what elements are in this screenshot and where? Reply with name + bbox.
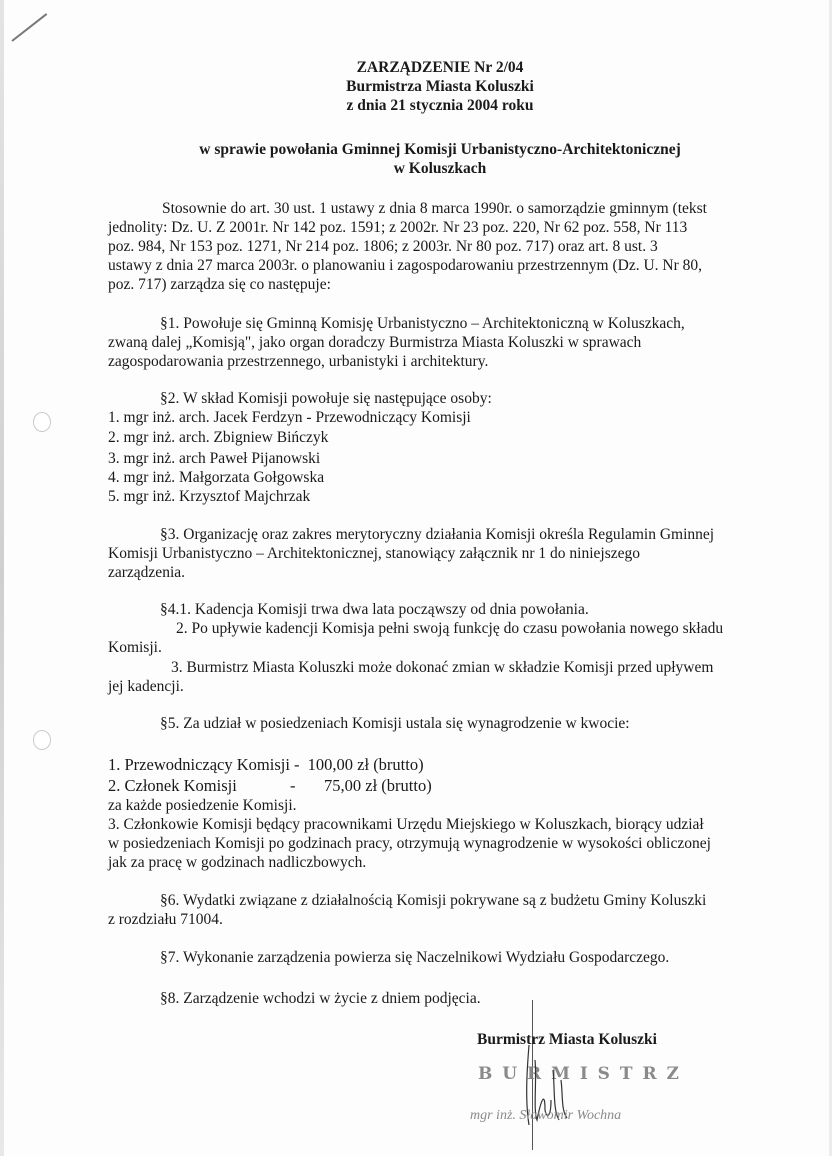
pen-mark: [11, 13, 47, 42]
member-item: 3. mgr inż. arch Paweł Pijanowski: [108, 449, 320, 468]
paragraph-line: §5. Za udział w posiedzeniach Komisji us…: [160, 714, 630, 733]
punch-hole-top: [33, 412, 51, 432]
paragraph-line: §6. Wydatki związane z działalnością Kom…: [160, 891, 706, 910]
stamp-title: B U R M I S T R Z: [478, 1064, 681, 1084]
paragraph-line: §1. Powołuje się Gminną Komisję Urbanist…: [160, 314, 685, 333]
document-issuer: Burmistrza Miasta Koluszki: [0, 77, 832, 96]
paragraph-line: w posiedzeniach Komisji po godzinach pra…: [108, 834, 711, 853]
fee-amount: 100,00 zł (brutto): [308, 755, 424, 774]
paragraph-line: jak za pracę w godzinach nadliczbowych.: [108, 853, 366, 872]
paragraph-line: zarządzenia.: [108, 563, 185, 582]
paragraph-line: z rozdziału 71004.: [108, 910, 223, 929]
paragraph-line: §2. W skład Komisji powołuje się następu…: [160, 389, 492, 408]
preamble-line: Stosownie do art. 30 ust. 1 ustawy z dni…: [162, 199, 707, 218]
fee-label: 1. Przewodniczący Komisji -: [108, 755, 300, 774]
paragraph-line: zwaną dalej „Komisją", jako organ doradc…: [108, 333, 641, 352]
preamble-line: ustawy z dnia 27 marca 2003r. o planowan…: [108, 256, 702, 275]
paragraph-line: §4.1. Kadencja Komisji trwa dwa lata poc…: [160, 600, 589, 619]
paragraph-line: 3. Burmistrz Miasta Koluszki może dokona…: [171, 658, 713, 677]
document-title: ZARZĄDZENIE Nr 2/04: [0, 58, 832, 77]
fee-amount: 75,00 zł (brutto): [324, 776, 432, 795]
paragraph-line: zagospodarowania przestrzennego, urbanis…: [108, 352, 488, 371]
paragraph-line: §3. Organizację oraz zakres merytoryczny…: [160, 525, 714, 544]
paragraph-line: 3. Członkowie Komisji będący pracownikam…: [108, 815, 704, 834]
preamble-line: poz. 717) zarządza się co następuje:: [108, 275, 331, 294]
document-date: z dnia 21 stycznia 2004 roku: [0, 96, 832, 115]
fee-label: 2. Członek Komisji: [108, 776, 290, 795]
paragraph-line: jej kadencji.: [108, 677, 184, 696]
preamble-line: poz. 984, Nr 153 poz. 1271, Nr 214 poz. …: [108, 237, 658, 256]
paragraph-line: Komisji Urbanistyczno – Architektoniczne…: [108, 544, 640, 563]
member-item: 4. mgr inż. Małgorzata Gołgowska: [108, 468, 324, 487]
paragraph-8: §8. Zarządzenie wchodzi w życie z dniem …: [160, 989, 481, 1008]
member-item: 2. mgr inż. arch. Zbigniew Bińczyk: [108, 428, 328, 447]
member-item: 1. mgr inż. arch. Jacek Ferdzyn - Przewo…: [108, 408, 471, 427]
document-subject-line1: w sprawie powołania Gminnej Komisji Urba…: [0, 140, 832, 159]
preamble-line: jednolity: Dz. U. Z 2001r. Nr 142 poz. 1…: [108, 218, 687, 237]
punch-hole-bottom: [33, 730, 51, 750]
stamp-name: mgr inż. Sławomir Wochna: [470, 1108, 621, 1124]
paragraph-line: 2. Po upływie kadencji Komisja pełni swo…: [176, 619, 723, 638]
fee-item-member: 2. Członek Komisji-75,00 zł (brutto): [108, 776, 432, 795]
paragraph-line: za każde posiedzenie Komisji.: [108, 796, 297, 815]
paragraph-7: §7. Wykonanie zarządzenia powierza się N…: [160, 948, 669, 967]
paragraph-line: Komisji.: [108, 638, 162, 657]
fee-item-chair: 1. Przewodniczący Komisji - 100,00 zł (b…: [108, 755, 424, 774]
fee-dash: -: [290, 776, 324, 795]
document-subject-line2: w Koluszkach: [0, 159, 832, 178]
member-item: 5. mgr inż. Krzysztof Majchrzak: [108, 487, 310, 506]
